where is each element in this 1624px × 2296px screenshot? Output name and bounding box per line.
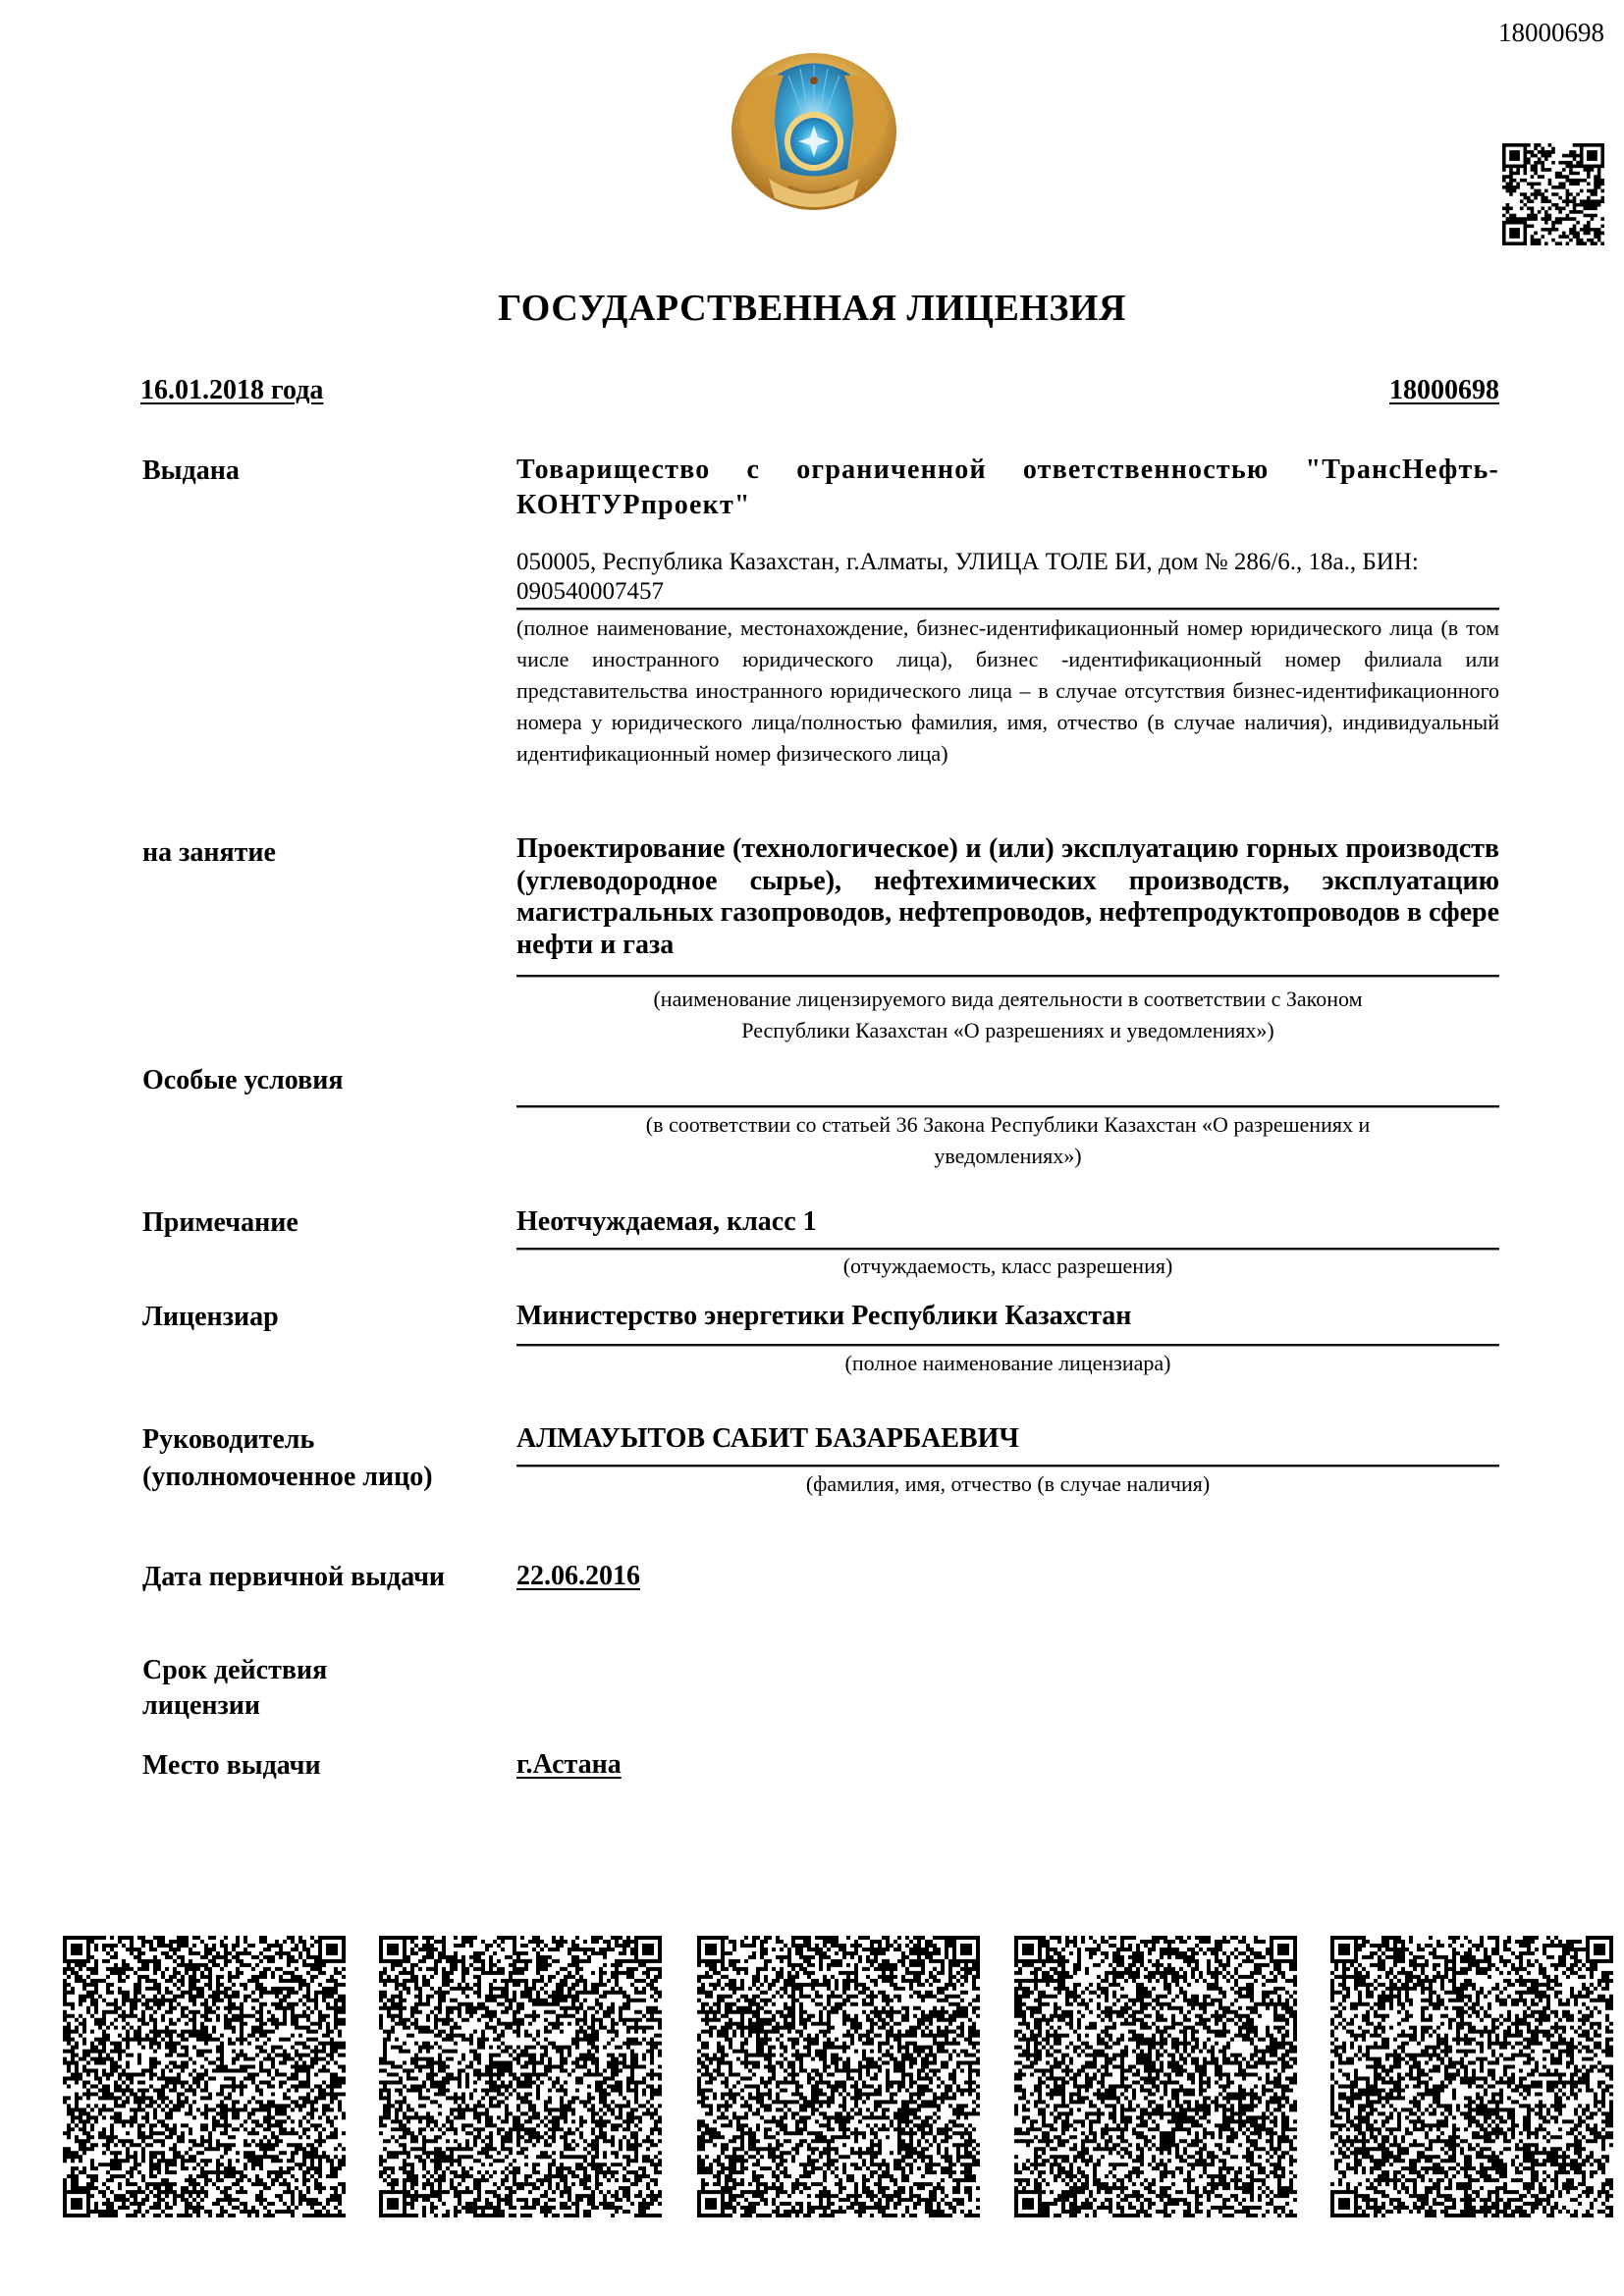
special-conditions-note: (в соответствии со статьей 36 Закона Рес… bbox=[516, 1109, 1499, 1172]
license-number: 18000698 bbox=[1389, 375, 1499, 406]
qr-code-5-icon bbox=[1330, 1936, 1613, 2217]
activity-rule bbox=[516, 975, 1499, 978]
activity-note-line2: Республики Казахстан «О разрешениях и ув… bbox=[516, 1015, 1499, 1046]
qr-code-2-icon bbox=[379, 1936, 662, 2217]
activity-label: на занятие bbox=[142, 834, 276, 872]
issued-to-label: Выдана bbox=[142, 453, 240, 490]
validity-label-line2: лицензии bbox=[142, 1688, 327, 1724]
place-of-issue-value: г.Астана bbox=[516, 1747, 622, 1783]
document-number-top: 18000698 bbox=[1473, 18, 1604, 48]
remark-note: (отчуждаемость, класс разрешения) bbox=[516, 1251, 1499, 1282]
special-conditions-rule bbox=[516, 1105, 1499, 1108]
place-of-issue-label: Место выдачи bbox=[142, 1747, 321, 1785]
head-label-line1: Руководитель bbox=[142, 1421, 433, 1459]
head-value: АЛМАУЫТОВ САБИТ БАЗАРБАЕВИЧ bbox=[516, 1421, 1499, 1457]
head-label-line2: (уполномоченное лицо) bbox=[142, 1459, 433, 1496]
special-conditions-note-line2: уведомлениях») bbox=[516, 1141, 1499, 1172]
issued-to-note: (полное наименование, местонахождение, б… bbox=[516, 613, 1499, 770]
special-conditions-note-line1: (в соответствии со статьей 36 Закона Рес… bbox=[516, 1109, 1499, 1141]
activity-note-line1: (наименование лицензируемого вида деятел… bbox=[516, 984, 1499, 1015]
remark-label: Примечание bbox=[142, 1204, 298, 1242]
qr-code-1-icon bbox=[63, 1936, 346, 2217]
licensor-rule bbox=[516, 1344, 1499, 1347]
issued-to-rule bbox=[516, 608, 1499, 611]
remark-value: Неотчуждаемая, класс 1 bbox=[516, 1204, 1499, 1240]
qr-code-3-icon bbox=[697, 1936, 980, 2217]
qr-code-4-icon bbox=[1014, 1936, 1297, 2217]
issued-to-name: Товарищество с ограниченной ответственно… bbox=[516, 453, 1499, 523]
activity-note: (наименование лицензируемого вида деятел… bbox=[516, 984, 1499, 1046]
licensor-label: Лицензиар bbox=[142, 1299, 279, 1336]
activity-value: Проектирование (технологическое) и (или)… bbox=[516, 833, 1499, 961]
page-title: ГОСУДАРСТВЕННАЯ ЛИЦЕНЗИЯ bbox=[0, 287, 1624, 330]
first-issue-date-value: 22.06.2016 bbox=[516, 1559, 640, 1594]
qr-code-top-icon bbox=[1502, 143, 1604, 245]
head-note: (фамилия, имя, отчество (в случае наличи… bbox=[516, 1468, 1499, 1500]
licensor-note: (полное наименование лицензиара) bbox=[516, 1348, 1499, 1379]
special-conditions-label: Особые условия bbox=[142, 1062, 343, 1099]
validity-label-line1: Срок действия bbox=[142, 1653, 327, 1688]
head-label: Руководитель (уполномоченное лицо) bbox=[142, 1421, 433, 1496]
head-rule bbox=[516, 1465, 1499, 1468]
licensor-value: Министерство энергетики Республики Казах… bbox=[516, 1299, 1499, 1334]
issue-date: 16.01.2018 года bbox=[140, 375, 323, 406]
validity-label: Срок действия лицензии bbox=[142, 1653, 327, 1724]
issued-to-address: 050005, Республика Казахстан, г.Алматы, … bbox=[516, 548, 1459, 607]
first-issue-date-label: Дата первичной выдачи bbox=[142, 1559, 445, 1596]
state-emblem-icon bbox=[730, 51, 898, 214]
